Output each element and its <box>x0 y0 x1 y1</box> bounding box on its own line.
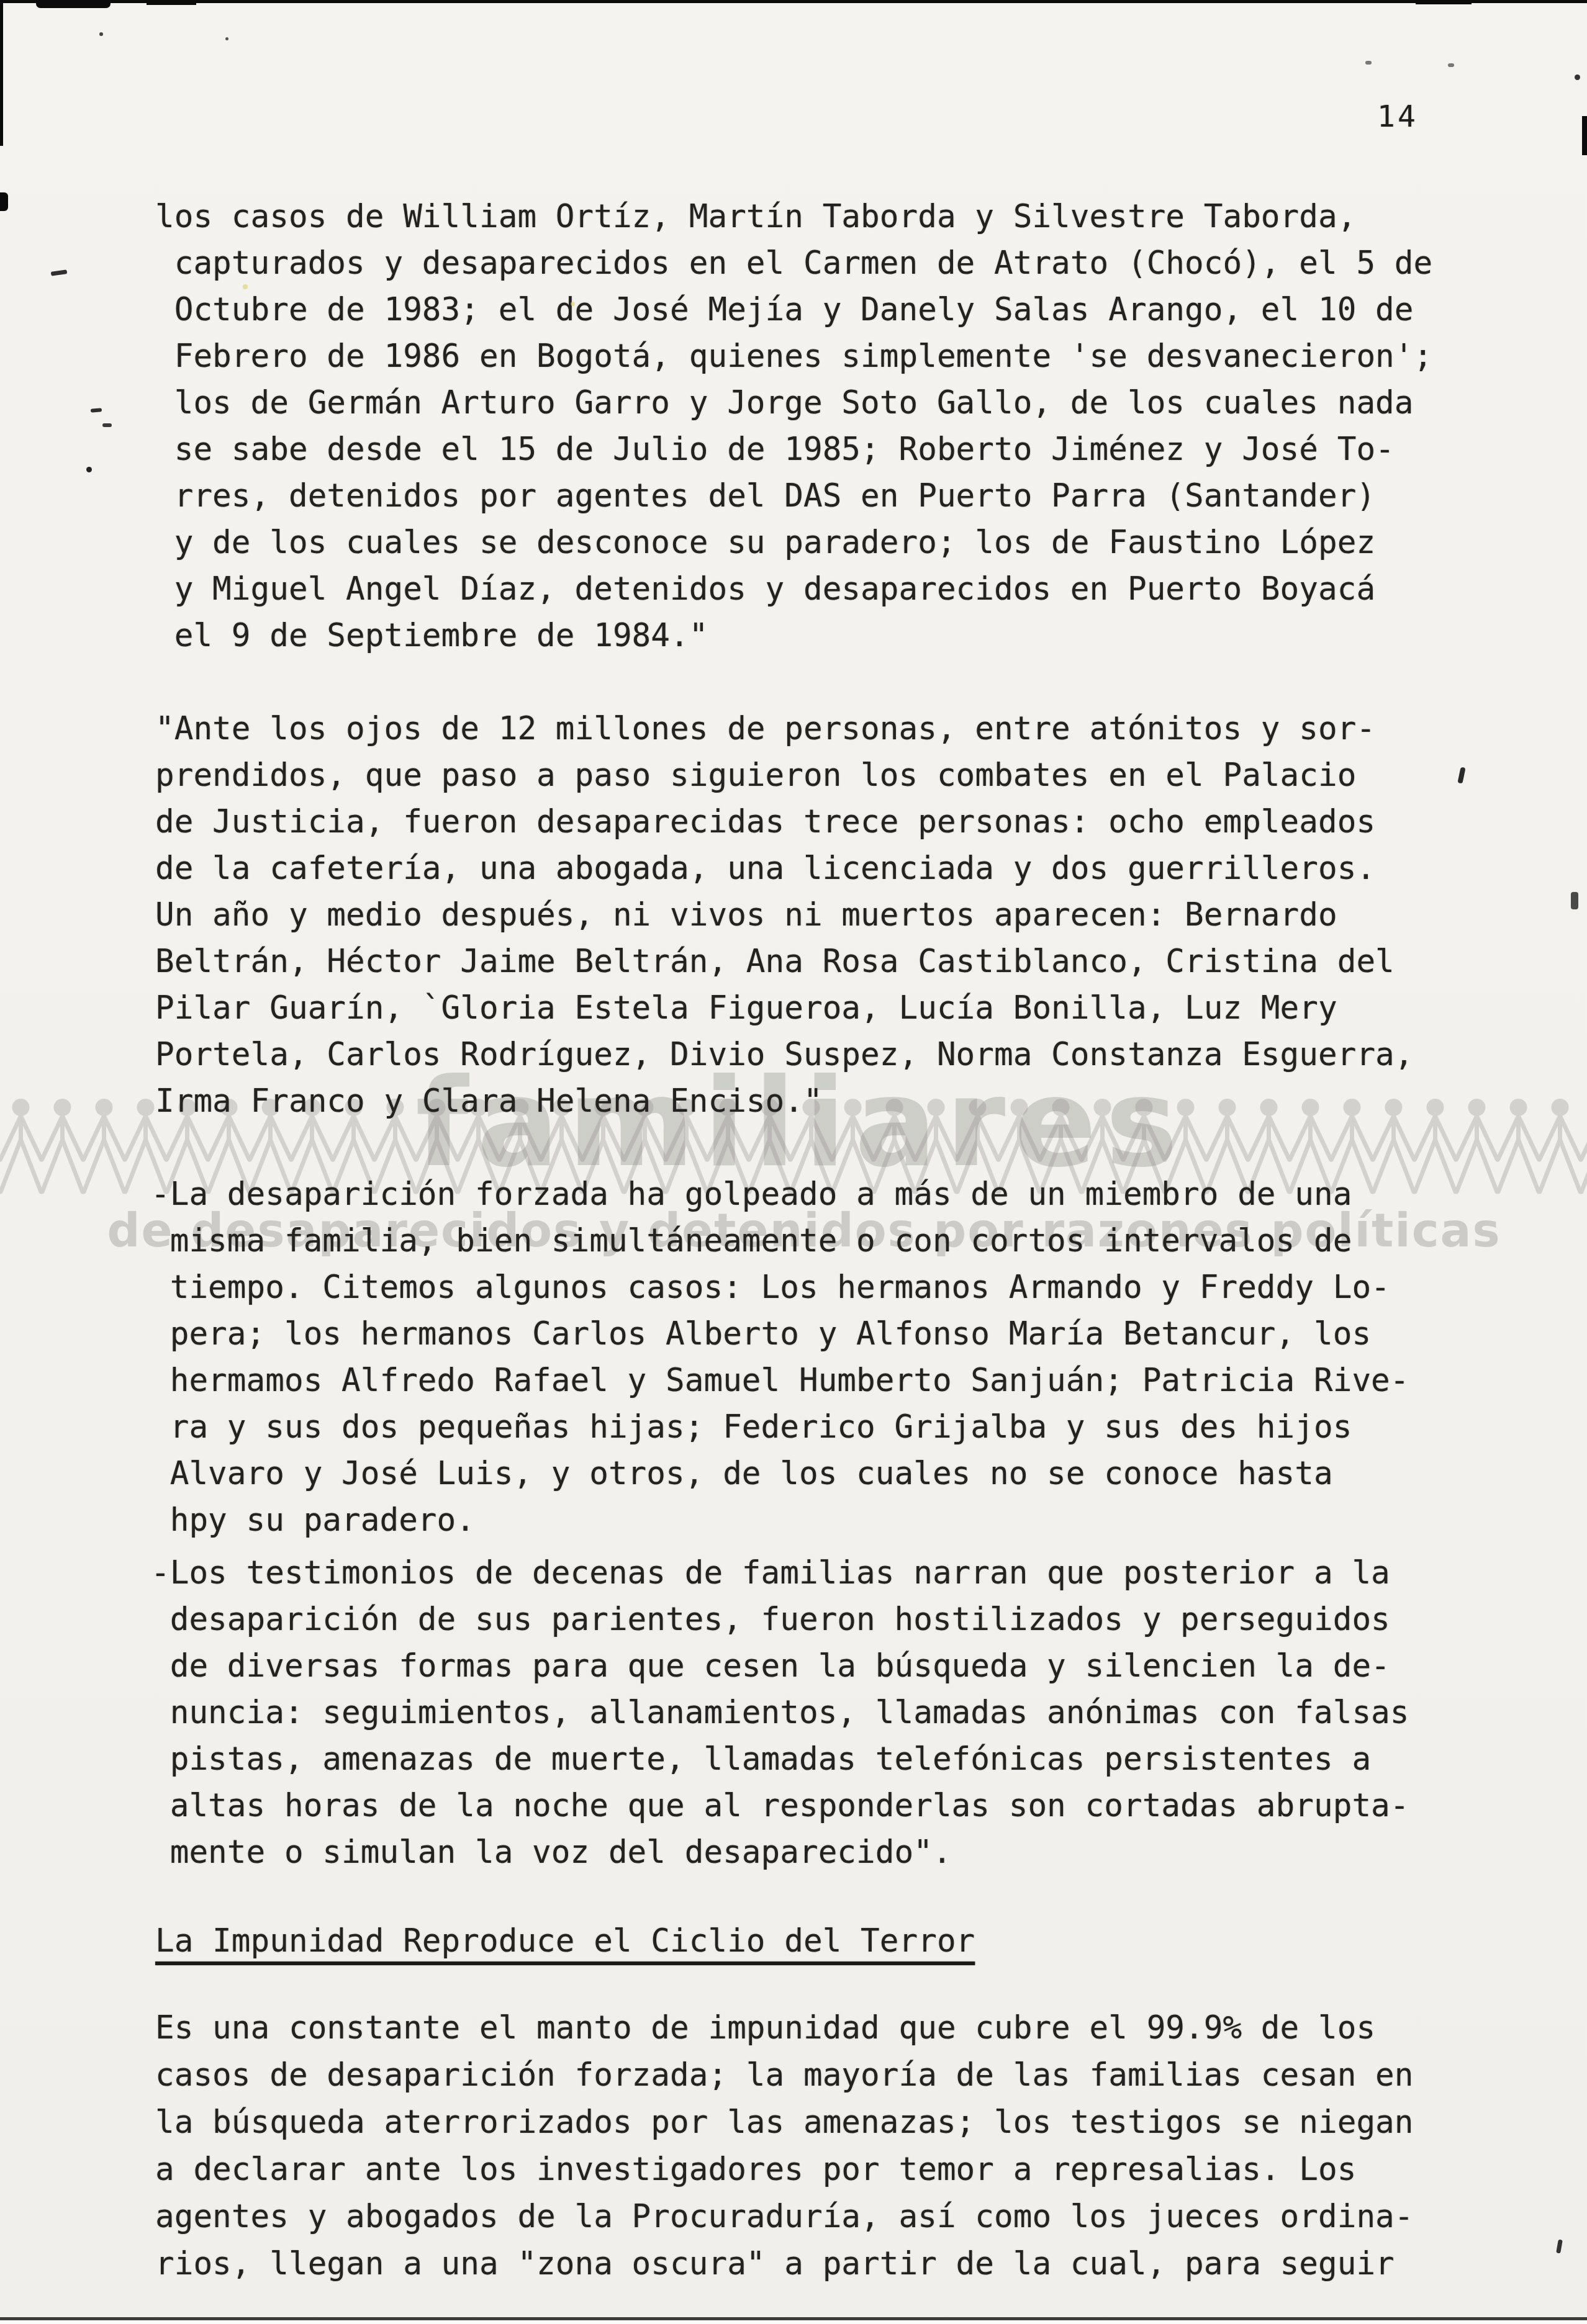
text-line: prendidos, que paso a paso siguieron los… <box>155 752 1414 799</box>
text-line: se sabe desde el 15 de Julio de 1985; Ro… <box>155 426 1432 473</box>
text-line: capturados y desaparecidos en el Carmen … <box>155 240 1432 287</box>
section-heading: La Impunidad Reproduce el Ciclio del Ter… <box>155 1918 975 1965</box>
text-line: altas horas de la noche que al responder… <box>151 1783 1409 1829</box>
text-line: nuncia: seguimientos, allanamientos, lla… <box>151 1690 1409 1736</box>
text-line: Portela, Carlos Rodríguez, Divio Suspez,… <box>155 1032 1414 1078</box>
text-line: a declarar ante los investigadores por t… <box>155 2146 1414 2194</box>
scan-artifact <box>1457 767 1465 783</box>
text-line: Febrero de 1986 en Bogotá, quienes simpl… <box>155 333 1432 380</box>
paragraph-impunidad: Es una constante el manto de impunidad q… <box>155 2005 1414 2288</box>
text-line: -Los testimonios de decenas de familias … <box>151 1550 1409 1597</box>
text-line: misma familia, bien simultáneamente o co… <box>151 1218 1409 1264</box>
page-number: 14 <box>1377 99 1418 134</box>
scan-artifact <box>102 423 112 427</box>
text-line: Pilar Guarín, `Gloria Estela Figueroa, L… <box>155 985 1414 1032</box>
scan-artifact-top-edge <box>0 0 1587 3</box>
text-line: casos de desaparición forzada; la mayorí… <box>155 2052 1414 2099</box>
text-line: -La desaparición forzada ha golpeado a m… <box>151 1171 1409 1218</box>
scan-artifact <box>1556 2240 1563 2254</box>
scan-artifact <box>0 192 8 211</box>
text-line: desaparición de sus parientes, fueron ho… <box>151 1597 1409 1643</box>
text-line: pera; los hermanos Carlos Alberto y Alfo… <box>151 1311 1409 1358</box>
scan-artifact <box>243 284 248 289</box>
scan-artifact <box>86 467 92 472</box>
paragraph-quote-palacio: "Ante los ojos de 12 millones de persona… <box>155 706 1414 1125</box>
text-line: hpy su paradero. <box>151 1497 1409 1544</box>
scan-artifact <box>0 2320 1587 2324</box>
text-line: pistas, amenazas de muerte, llamadas tel… <box>151 1736 1409 1783</box>
text-line: de Justicia, fueron desaparecidas trece … <box>155 799 1414 845</box>
scan-artifact <box>1448 63 1454 67</box>
scan-artifact <box>51 269 68 276</box>
text-line: Irma Franco y Clara Helena Enciso." <box>155 1078 1414 1125</box>
scan-artifact <box>1365 61 1372 65</box>
scan-artifact <box>99 32 103 36</box>
scan-artifact <box>1416 0 1472 4</box>
text-line: "Ante los ojos de 12 millones de persona… <box>155 706 1414 752</box>
text-line: y Miguel Angel Díaz, detenidos y desapar… <box>155 566 1432 613</box>
text-line: de diversas formas para que cesen la bús… <box>151 1643 1409 1690</box>
text-line: tiempo. Citemos algunos casos: Los herma… <box>151 1264 1409 1311</box>
text-line: Octubre de 1983; el de José Mejía y Dane… <box>155 287 1432 333</box>
scan-artifact <box>1571 892 1578 909</box>
scan-artifact <box>225 37 228 40</box>
section-heading-text: La Impunidad Reproduce el Ciclio del Ter… <box>155 1918 975 1965</box>
scanned-document-page: familiares de desaparecidos y detenidos … <box>0 0 1587 2324</box>
scan-artifact <box>1575 74 1580 80</box>
text-line: la búsqueda aterrorizados por las amenaz… <box>155 2099 1414 2146</box>
text-line: Alvaro y José Luis, y otros, de los cual… <box>151 1451 1409 1497</box>
scan-artifact <box>147 0 196 5</box>
paragraph-bullet-familias: -La desaparición forzada ha golpeado a m… <box>151 1171 1409 1544</box>
text-line: Un año y medio después, ni vivos ni muer… <box>155 892 1414 939</box>
text-line: el 9 de Septiembre de 1984." <box>155 613 1432 659</box>
text-line: rios, llegan a una "zona oscura" a parti… <box>155 2241 1414 2288</box>
text-line: y de los cuales se desconoce su paradero… <box>155 520 1432 566</box>
text-line: agentes y abogados de la Procuraduría, a… <box>155 2194 1414 2241</box>
text-line: los de Germán Arturo Garro y Jorge Soto … <box>155 380 1432 426</box>
scan-artifact-left-edge <box>0 0 3 146</box>
text-line: de la cafetería, una abogada, una licenc… <box>155 845 1414 892</box>
scan-artifact <box>36 0 111 8</box>
scan-artifact <box>571 302 575 306</box>
text-line: Beltrán, Héctor Jaime Beltrán, Ana Rosa … <box>155 939 1414 985</box>
paragraph-bullet-testimonios: -Los testimonios de decenas de familias … <box>151 1550 1409 1876</box>
text-line: Es una constante el manto de impunidad q… <box>155 2005 1414 2052</box>
text-line: mente o simulan la voz del desaparecido"… <box>151 1829 1409 1876</box>
paragraph-quote-cases: los casos de William Ortíz, Martín Tabor… <box>155 194 1432 659</box>
text-line: hermamos Alfredo Rafael y Samuel Humbert… <box>151 1358 1409 1404</box>
text-line: los casos de William Ortíz, Martín Tabor… <box>155 194 1432 240</box>
scan-artifact-right-edge <box>1582 116 1587 155</box>
text-line: rres, detenidos por agentes del DAS en P… <box>155 473 1432 520</box>
text-line: ra y sus dos pequeñas hijas; Federico Gr… <box>151 1404 1409 1451</box>
scan-artifact <box>91 408 102 413</box>
